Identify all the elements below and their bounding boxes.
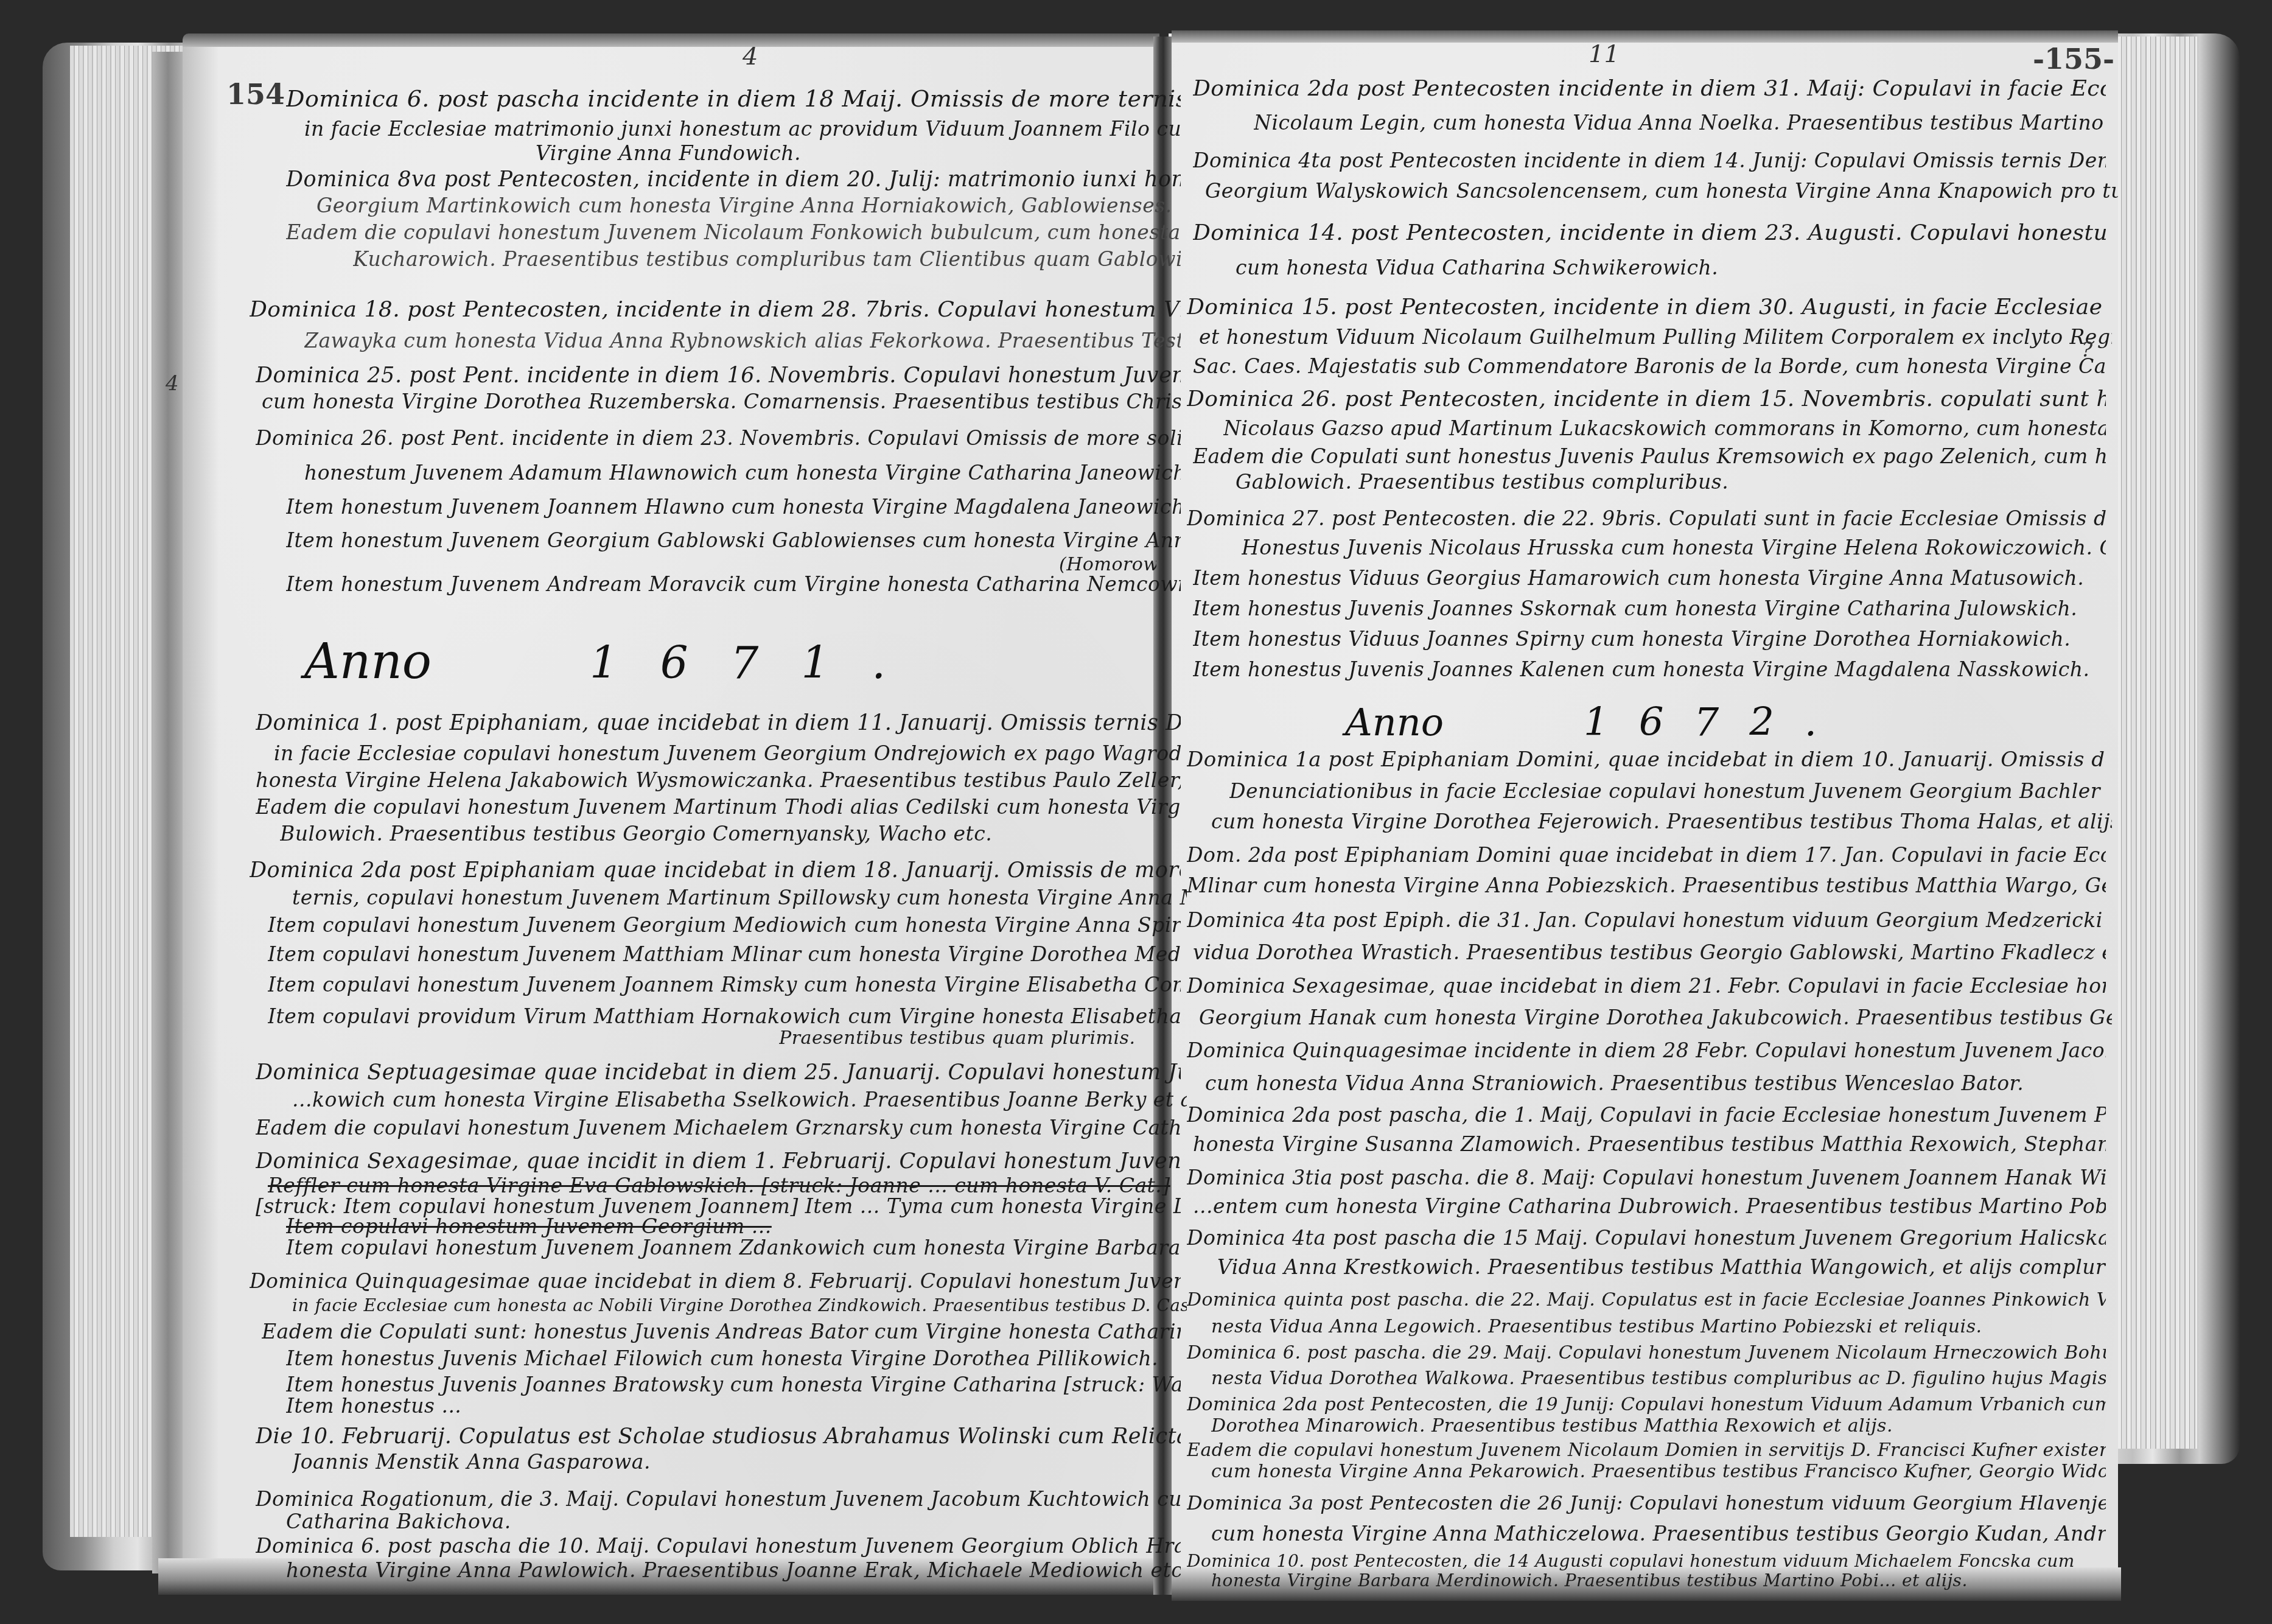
register-line: honestum Juvenem Adamum Hlawnowich cum h… [304,461,1181,485]
register-line: Catharina Bakichova. [286,1510,1181,1533]
right-page-top-edge [1172,30,2118,43]
anno-year: 1672. [1584,700,1847,745]
register-line: Eadem die copulavi honestum Juvenem Nico… [286,220,1181,244]
register-line: Item copulavi honestum Juvenem Georgium … [286,1214,1181,1238]
register-line: cum honesta Vidua Anna Straniowich. Prae… [1205,1071,2106,1095]
register-line: Dominica 3a post Pentecosten die 26 Juni… [1187,1491,2106,1514]
register-line: Dominica Quinquagesimae incidente in die… [1187,1038,2106,1062]
register-line: ternis, copulavi honestum Juvenem Martin… [292,886,1187,909]
register-line: Item honestus ... [286,1394,1181,1418]
page-number-left: 154 [226,78,285,111]
register-line: Dorothea Minarowich. Praesentibus testib… [1211,1415,2106,1437]
anno-heading-1671: Anno1671. [304,633,928,690]
register-line: Georgium Martinkowich cum honesta Virgin… [316,194,1181,217]
register-line: Die 10. Februarij. Copulatus est Scholae… [256,1424,1181,1449]
register-line: Dominica 3tia post pascha. die 8. Maij: … [1187,1166,2106,1189]
register-line: Item honestus Viduus Joannes Spirny cum … [1193,627,2106,651]
register-line: Dominica Sexagesimae, quae incidit in di… [256,1149,1181,1174]
register-line: cum honesta Virgine Dorothea Ruzemberska… [262,390,1181,413]
register-line: in facie Ecclesiae copulavi honestum Juv… [274,741,1181,765]
register-line: Joannis Menstik Anna Gasparowa. [292,1450,1187,1474]
register-line: Item copulavi providum Virum Matthiam Ho… [268,1004,1181,1028]
register-line: Item honestum Juvenem Andream Moravcik c… [286,572,1181,596]
anno-word: Anno [1345,700,1444,744]
register-line: Dominica 15. post Pentecosten, incidente… [1187,295,2106,320]
register-line: Virgine Anna Fundowich. [536,141,1083,165]
register-line: Dominica 6. post pascha. die 29. Maij. C… [1187,1342,2106,1363]
register-line: honesta Virgine Helena Jakabowich Wysmow… [256,768,1181,792]
register-line: Dominica 18. post Pentecosten, incidente… [250,297,1181,322]
page-stack-right [2112,37,2197,1449]
register-line: Sac. Caes. Majestatis sub Commendatore B… [1193,354,2106,378]
register-line: Dominica 2da post Pentecosten, die 19 Ju… [1187,1394,2106,1415]
register-line: cum honesta Vidua Catharina Schwikerowic… [1236,256,2106,279]
register-line: Dominica 1. post Epiphaniam, quae incide… [256,711,1181,735]
register-line: cum honesta Virgine Anna Pekarowich. Pra… [1211,1461,2106,1482]
register-line: Georgium Walyskowich Sancsolencensem, cu… [1205,179,2118,203]
register-line: Dominica 6. post pascha incidente in die… [286,85,1181,112]
top-mark-left: 4 [743,43,758,71]
register-line: Mlinar cum honesta Virgine Anna Pobiezsk… [1187,873,2106,897]
register-line: vidua Dorothea Wrastich. Praesentibus te… [1193,940,2106,964]
register-line: Dom. 2da post Epiphaniam Domini quae inc… [1187,843,2106,867]
register-line: Dominica Septuagesimae quae incidebat in… [256,1060,1181,1085]
register-line: Dominica 4ta post Epiph. die 31. Jan. Co… [1187,908,2106,932]
register-line: nesta Vidua Anna Legowich. Praesentibus … [1211,1316,2106,1337]
register-line: Dominica quinta post pascha. die 22. Mai… [1187,1289,2106,1311]
register-line: Bulowich. Praesentibus testibus Georgio … [280,822,1175,845]
register-line: Eadem die copulavi honestum Juvenem Mich… [256,1116,1181,1139]
anno-heading-1672: Anno1672. [1345,700,1847,745]
register-line: in facie Ecclesiae matrimonio junxi hone… [304,117,1181,141]
register-line: Dominica 25. post Pent. incidente in die… [256,363,1181,388]
margin-mark-right-1: ? [2082,338,2092,362]
register-line: Dominica 6. post pascha die 10. Maij. Co… [256,1534,1181,1558]
register-line: Dominica 26. post Pentecosten, incidente… [1187,387,2106,411]
register-line: Kucharowich. Praesentibus testibus compl… [353,247,1181,271]
register-line: honesta Virgine Susanna Zlamowich. Praes… [1193,1132,2106,1156]
register-line: Dominica Quinquagesimae quae incidebat i… [250,1269,1181,1293]
register-line: ...entem cum honesta Virgine Catharina D… [1193,1194,2106,1218]
register-line: Dominica 10. post Pentecosten, die 14 Au… [1187,1551,2106,1571]
register-line: cum honesta Virgine Anna Mathiczelowa. P… [1211,1522,2106,1545]
register-line: Item honestus Juvenis Michael Filowich c… [286,1346,1181,1370]
register-line: Item honestus Juvenis Joannes Sskornak c… [1193,597,2106,620]
register-line: Eadem die Copulati sunt honestus Juvenis… [1193,444,2106,468]
register-line: Dominica 2da post Pentecosten incidente … [1193,76,2106,101]
register-line: Nicolaum Legin, cum honesta Vidua Anna N… [1254,111,2106,135]
register-line: Eadem die copulavi honestum Juvenem Mart… [256,795,1181,819]
register-line: Item copulavi honestum Juvenem Georgium … [268,913,1181,937]
register-line: Georgium Hanak cum honesta Virgine Dorot… [1199,1006,2112,1029]
anno-year: 1671. [590,637,928,688]
register-line: Dominica 1a post Epiphaniam Domini, quae… [1187,747,2106,772]
register-line: Dominica 4ta post pascha die 15 Maij. Co… [1187,1226,2106,1250]
register-line: Dominica 2da post Epiphaniam quae incide… [250,858,1181,883]
top-mark-right: 11 [1589,40,1620,68]
register-line: honesta Virgine Barbara Merdinowich. Pra… [1211,1570,2106,1591]
register-line: Vidua Anna Krestkowich. Praesentibus tes… [1217,1255,2106,1279]
register-line: ...kowich cum honesta Virgine Elisabetha… [292,1088,1187,1111]
register-line: Zawayka cum honesta Vidua Anna Rybnowski… [304,329,1181,352]
register-line: Dominica 8va post Pentecosten, incidente… [286,167,1181,192]
anno-word: Anno [304,633,432,690]
register-line: Honestus Juvenis Nicolaus Hrusska cum ho… [1242,536,2106,559]
register-line: nesta Vidua Dorothea Walkowa. Praesentib… [1211,1368,2106,1389]
register-line: Item honestum Juvenem Georgium Gablowski… [286,528,1181,552]
register-line: Dominica Rogationum, die 3. Maij. Copula… [256,1487,1181,1511]
register-line: Praesentibus testibus quam plurimis. [779,1027,1144,1049]
register-line: Eadem die Copulati sunt: honestus Juveni… [262,1320,1181,1343]
register-line: Eadem die copulavi honestum Juvenem Nico… [1187,1440,2106,1461]
register-line: Denunciationibus in facie Ecclesiae copu… [1229,779,2106,803]
register-line: Dominica 4ta post Pentecosten incidente … [1193,149,2106,172]
left-page-top-edge [183,33,1159,47]
register-line: Item copulavi honestum Juvenem Joannem R… [268,973,1181,996]
register-line: cum honesta Virgine Dorothea Fejerowich.… [1211,810,2112,833]
register-line: Dominica Sexagesimae, quae incidebat in … [1187,974,2106,998]
register-line: Item honestus Viduus Georgius Hamarowich… [1193,566,2106,590]
register-line: Dominica 2da post pascha, die 1. Maij, C… [1187,1103,2106,1127]
register-line: Dominica 26. post Pent. incidente in die… [256,426,1181,450]
register-line: Item honestum Juvenem Joannem Hlawno cum… [286,495,1181,519]
register-line: Item copulavi honestum Juvenem Matthiam … [268,942,1181,966]
register-line: Dominica 14. post Pentecosten, incidente… [1193,220,2106,245]
page-number-right: -155- [2033,43,2114,75]
register-line: Item honestus Juvenis Joannes Kalenen cu… [1193,657,2106,681]
register-line: Dominica 27. post Pentecosten. die 22. 9… [1187,506,2106,530]
register-line: in facie Ecclesiae cum honesta ac Nobili… [292,1295,1187,1315]
register-line: Item copulavi honestum Juvenem Joannem Z… [286,1236,1181,1259]
register-line: Nicolaus Gazso apud Martinum Lukacskowic… [1223,416,2106,440]
margin-mark-left-1: 4 [166,371,179,396]
register-line: Gablowich. Praesentibus testibus complur… [1236,470,2106,494]
register-line: et honestum Viduum Nicolaum Guilhelmum P… [1199,325,2112,349]
register-line: Item honestus Juvenis Joannes Bratowsky … [286,1373,1181,1396]
register-line: honesta Virgine Anna Pawlowich. Praesent… [286,1558,1181,1582]
